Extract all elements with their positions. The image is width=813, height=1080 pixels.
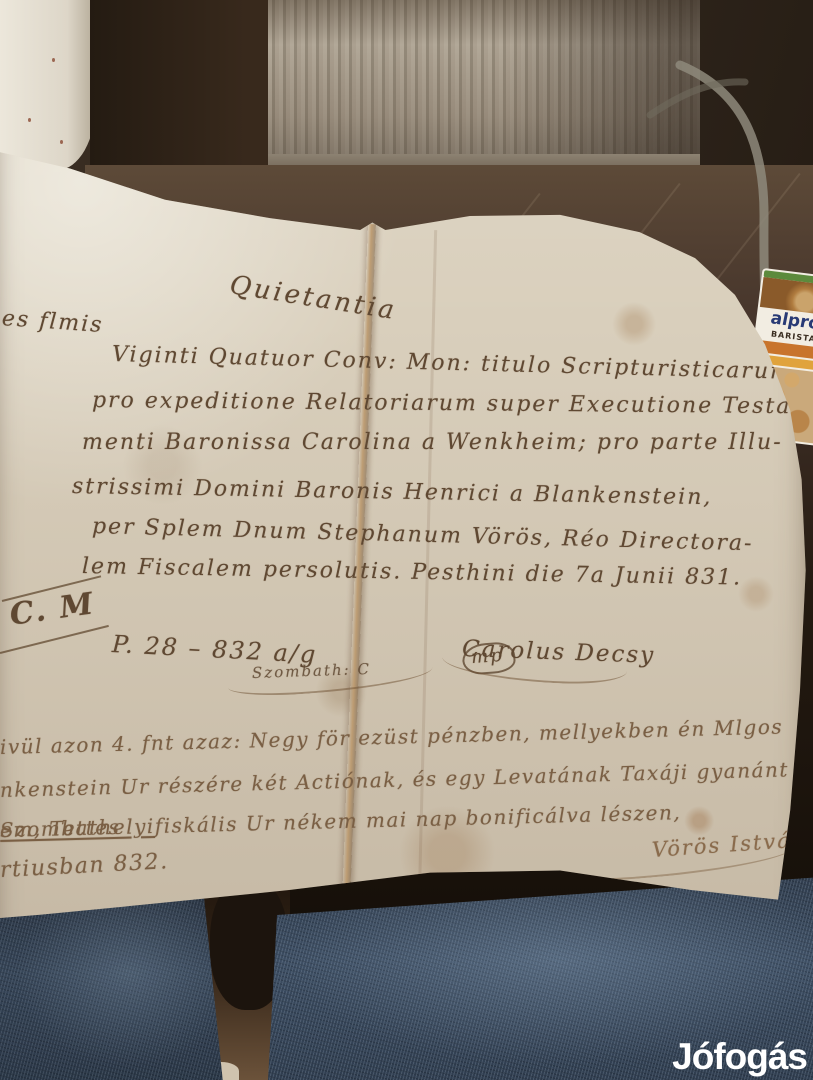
latin-line-6: lem Fiscalem persolutis. Pesthini die 7a…	[82, 554, 743, 591]
hungarian-line-1: ivül azon 4. fnt azaz: Negy för ezüst pé…	[0, 714, 783, 758]
registry-mark: C. M	[8, 586, 97, 633]
wall-speckle	[52, 58, 55, 62]
hungarian-line-4: rtiusban 832.	[0, 849, 169, 883]
jofogas-watermark: Jófogás	[672, 1036, 807, 1078]
margin-note: es flmis	[1, 306, 104, 338]
radiator	[268, 0, 700, 178]
latin-line-4: strissimi Domini Baronis Henrici a Blank…	[72, 474, 713, 510]
latin-line-2: pro expeditione Relatoriarum super Execu…	[92, 388, 801, 419]
wall-speckle	[28, 118, 31, 122]
photo-scene: alpro BARISTA Quietantia es flmis Vigint…	[0, 0, 813, 1080]
line3-suffix: fiskális Ur nékem mai nap bonificálva lé…	[154, 800, 681, 838]
wall-pillar	[0, 0, 96, 170]
line3-prefix: em, Tettes	[0, 815, 121, 842]
latin-line-3: menti Baronissa Carolina a Wenkheim; pro…	[82, 430, 783, 455]
wall-speckle	[60, 140, 63, 144]
hungarian-line-3: em, Tettes Szombathelyi fiskális Ur néke…	[0, 814, 155, 842]
latin-line-5: per Splem Dnum Stephanum Vörös, Réo Dire…	[92, 514, 754, 556]
hungarian-line-2: nkenstein Ur részére két Actiónak, és eg…	[0, 757, 789, 802]
latin-line-1: Viginti Quatuor Conv: Mon: titulo Script…	[112, 342, 794, 385]
